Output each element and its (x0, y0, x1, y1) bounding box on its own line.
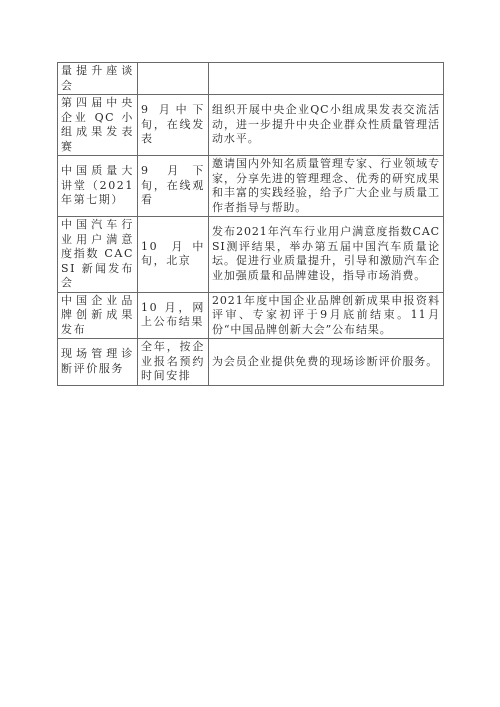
table-row: 中国质量大讲堂（2021 年第七期） 9 月下旬，在线观看 邀请国内外知名质量管… (58, 156, 444, 217)
event-time-cell: 10 月，网上公布结果 (138, 292, 209, 339)
table-row: 量提升座谈会 (58, 63, 444, 95)
event-name-cell: 中国汽车行业用户满意度指数 CACSI 新闻发布会 (58, 217, 138, 293)
event-name-cell: 量提升座谈会 (58, 63, 138, 95)
event-name-cell: 现场管理诊断评价服务 (58, 339, 138, 386)
event-content-cell: 为会员企业提供免费的现场诊断评价服务。 (209, 339, 444, 386)
table-row: 第四届中央企业 QC 小组成果发表赛 9 月中下旬，在线发表 组织开展中央企业Q… (58, 95, 444, 156)
event-content-cell: 2021年度中国企业品牌创新成果申报资料评审、专家初评于9月底前结束。11月份“… (209, 292, 444, 339)
event-name-cell: 中国企业品牌创新成果发布 (58, 292, 138, 339)
event-time-cell (138, 63, 209, 95)
event-content-cell: 组织开展中央企业QC小组成果发表交流活动，进一步提升中央企业群众性质量管理活动水… (209, 95, 444, 156)
event-name-cell: 第四届中央企业 QC 小组成果发表赛 (58, 95, 138, 156)
event-schedule-table: 量提升座谈会 第四届中央企业 QC 小组成果发表赛 9 月中下旬，在线发表 组织… (57, 62, 444, 386)
event-time-cell: 9 月中下旬，在线发表 (138, 95, 209, 156)
event-time-cell: 全年，按企业报名预约时间安排 (138, 339, 209, 386)
event-time-cell: 9 月下旬，在线观看 (138, 156, 209, 217)
event-name-cell: 中国质量大讲堂（2021 年第七期） (58, 156, 138, 217)
table-row: 现场管理诊断评价服务 全年，按企业报名预约时间安排 为会员企业提供免费的现场诊断… (58, 339, 444, 386)
table-row: 中国汽车行业用户满意度指数 CACSI 新闻发布会 10 月中旬，北京 发布20… (58, 217, 444, 293)
event-content-cell: 发布2021年汽车行业用户满意度指数CACSI测评结果，举办第五届中国汽车质量论… (209, 217, 444, 293)
event-content-cell: 邀请国内外知名质量管理专家、行业领域专家，分享先进的管理理念、优秀的研究成果和丰… (209, 156, 444, 217)
table-row: 中国企业品牌创新成果发布 10 月，网上公布结果 2021年度中国企业品牌创新成… (58, 292, 444, 339)
event-content-cell (209, 63, 444, 95)
event-time-cell: 10 月中旬，北京 (138, 217, 209, 293)
